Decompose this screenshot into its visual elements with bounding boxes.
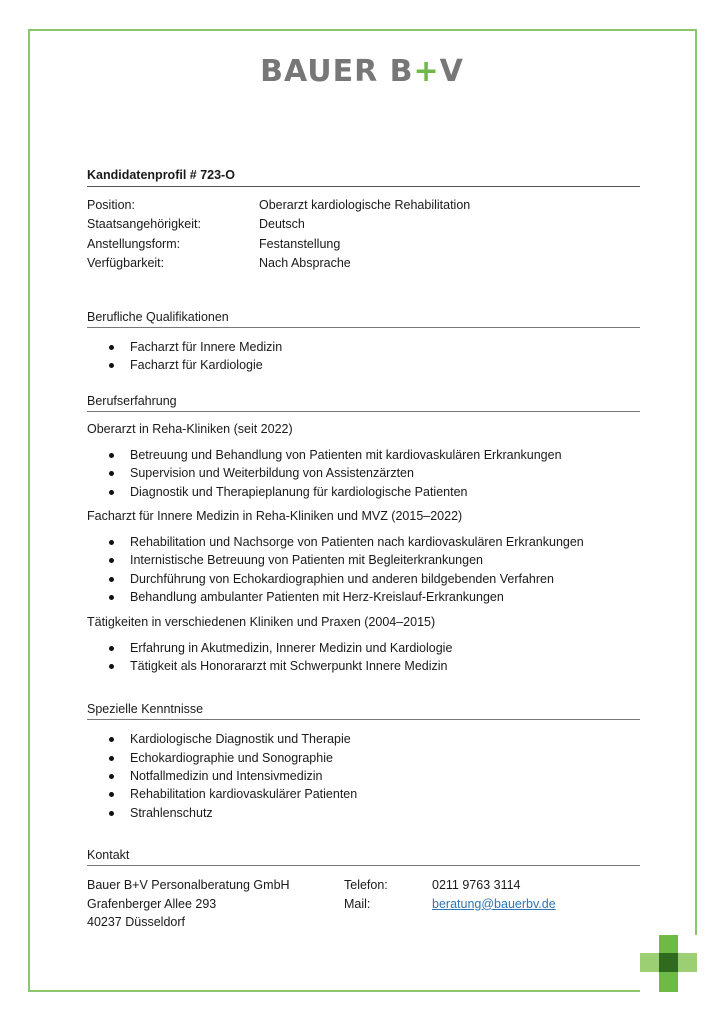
list-item: Facharzt für Kardiologie	[87, 356, 640, 374]
role-heading: Facharzt für Innere Medizin in Reha-Klin…	[87, 509, 640, 523]
cross-center	[659, 953, 678, 972]
section-skills: Spezielle Kenntnisse Kardiologische Diag…	[87, 702, 640, 822]
list-item: Notfallmedizin und Intensivmedizin	[87, 767, 640, 785]
role-list: Rehabilitation und Nachsorge von Patient…	[87, 533, 640, 607]
role-heading: Tätigkeiten in verschiedenen Kliniken un…	[87, 615, 640, 629]
qualifications-list: Facharzt für Innere Medizin Facharzt für…	[87, 338, 640, 375]
contact-address: Bauer B+V Personalberatung GmbH Grafenbe…	[87, 876, 344, 931]
section-title: Berufliche Qualifikationen	[87, 310, 640, 328]
list-item: Behandlung ambulanter Patienten mit Herz…	[87, 588, 640, 606]
page-frame-right	[695, 29, 697, 935]
company-logo: BAUER B+V	[0, 54, 724, 89]
field-label: Staatsangehörigkeit:	[87, 217, 259, 231]
list-item: Internistische Betreuung von Patienten m…	[87, 551, 640, 569]
role-list: Betreuung und Behandlung von Patienten m…	[87, 446, 640, 501]
skills-list: Kardiologische Diagnostik und Therapie E…	[87, 730, 640, 822]
field-employment-type: Anstellungsform:Festanstellung	[87, 234, 640, 254]
section-title: Kontakt	[87, 848, 640, 866]
list-item: Supervision und Weiterbildung von Assist…	[87, 464, 640, 482]
email-link[interactable]: beratung@bauerbv.de	[432, 897, 556, 911]
field-label: Anstellungsform:	[87, 237, 259, 251]
list-item: Betreuung und Behandlung von Patienten m…	[87, 446, 640, 464]
list-item: Echokardiographie und Sonographie	[87, 749, 640, 767]
document-content: Kandidatenprofil # 723-O Position:Oberar…	[87, 168, 640, 931]
list-item: Erfahrung in Akutmedizin, Innerer Medizi…	[87, 639, 640, 657]
mail-label: Mail:	[344, 895, 432, 913]
list-item: Facharzt für Innere Medizin	[87, 338, 640, 356]
list-item: Rehabilitation und Nachsorge von Patient…	[87, 533, 640, 551]
list-item: Kardiologische Diagnostik und Therapie	[87, 730, 640, 748]
logo-text-right: V	[440, 54, 464, 89]
profile-title: Kandidatenprofil # 723-O	[87, 168, 640, 187]
contact-block: Bauer B+V Personalberatung GmbH Grafenbe…	[87, 876, 640, 931]
field-value: Nach Absprache	[259, 256, 351, 270]
section-contact: Kontakt Bauer B+V Personalberatung GmbH …	[87, 848, 640, 931]
section-experience: Berufserfahrung Oberarzt in Reha-Klinike…	[87, 394, 640, 676]
list-item: Tätigkeit als Honorararzt mit Schwerpunk…	[87, 657, 640, 675]
field-value: Deutsch	[259, 217, 305, 231]
list-item: Durchführung von Echokardiographien und …	[87, 570, 640, 588]
field-availability: Verfügbarkeit:Nach Absprache	[87, 254, 640, 274]
profile-fields: Position:Oberarzt kardiologische Rehabil…	[87, 195, 640, 273]
city: 40237 Düsseldorf	[87, 913, 344, 931]
section-qualifications: Berufliche Qualifikationen Facharzt für …	[87, 310, 640, 375]
phone-number: 0211 9763 3114	[432, 876, 556, 894]
page-frame-left	[28, 29, 30, 992]
section-title: Spezielle Kenntnisse	[87, 702, 640, 720]
list-item: Rehabilitation kardiovaskulärer Patiente…	[87, 785, 640, 803]
contact-labels: Telefon: Mail:	[344, 876, 432, 931]
page-frame-top	[28, 29, 697, 31]
field-value: Oberarzt kardiologische Rehabilitation	[259, 198, 470, 212]
field-label: Position:	[87, 198, 259, 212]
field-value: Festanstellung	[259, 237, 340, 251]
logo-text-left: BAUER B	[260, 54, 413, 89]
street: Grafenberger Allee 293	[87, 895, 344, 913]
page-frame-bottom	[28, 990, 640, 992]
section-title: Berufserfahrung	[87, 394, 640, 412]
list-item: Diagnostik und Therapieplanung für kardi…	[87, 483, 640, 501]
role-list: Erfahrung in Akutmedizin, Innerer Medizi…	[87, 639, 640, 676]
phone-label: Telefon:	[344, 876, 432, 894]
list-item: Strahlenschutz	[87, 804, 640, 822]
field-label: Verfügbarkeit:	[87, 256, 259, 270]
field-position: Position:Oberarzt kardiologische Rehabil…	[87, 195, 640, 215]
logo-plus-icon: +	[414, 54, 440, 89]
company-name: Bauer B+V Personalberatung GmbH	[87, 876, 344, 894]
field-nationality: Staatsangehörigkeit:Deutsch	[87, 215, 640, 235]
role-heading: Oberarzt in Reha-Kliniken (seit 2022)	[87, 422, 640, 436]
contact-values: 0211 9763 3114 beratung@bauerbv.de	[432, 876, 556, 931]
